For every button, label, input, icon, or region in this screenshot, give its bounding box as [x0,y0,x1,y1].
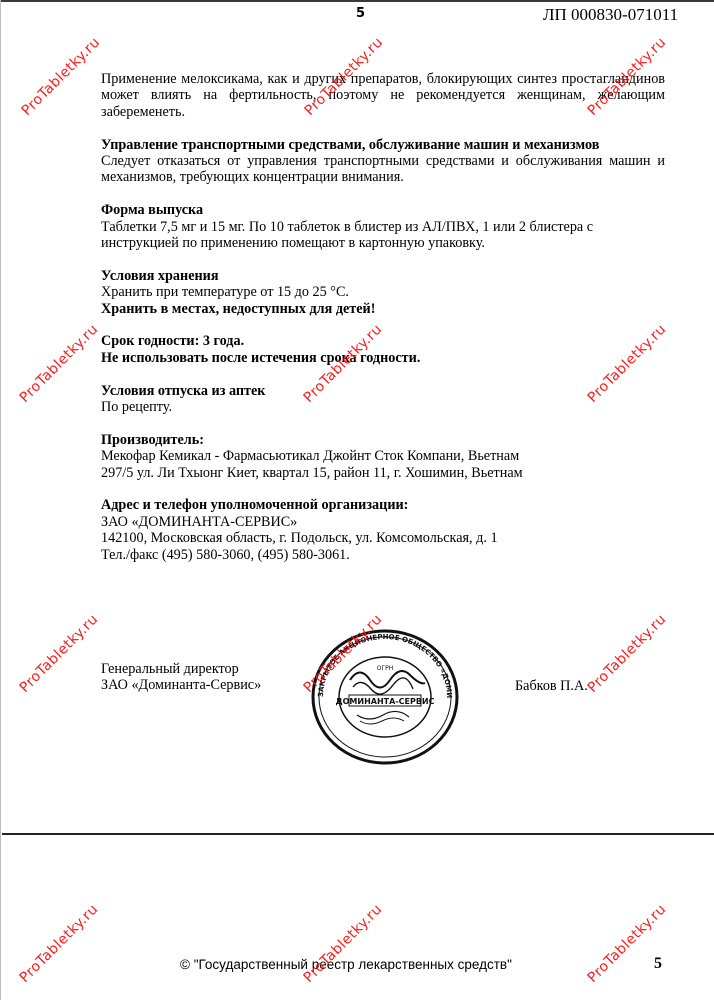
section-warning: Не использовать после истечения срока го… [101,350,665,366]
section-heading: Производитель: [101,432,665,448]
signatory-position: Генеральный директор [101,661,261,677]
section-shelf-life: Срок годности: 3 года. Не использовать п… [101,333,665,366]
section-text-line: 142100, Московская область, г. Подольск,… [101,530,665,546]
watermark: ProTabletky.ru [17,611,102,696]
section-heading: Управление транспортными средствами, обс… [101,137,665,153]
section-storage: Условия хранения Хранить при температуре… [101,268,665,317]
seal-center-text: ДОМИНАНТА-СЕРВИС [336,697,435,706]
watermark: ProTabletky.ru [19,34,104,119]
section-text: Следует отказаться от управления транспо… [101,153,665,186]
section-authorized-org: Адрес и телефон уполномоченной организац… [101,497,665,563]
footer-page-number: 5 [654,955,662,973]
section-heading: Срок годности: 3 года. [101,333,665,349]
top-border [0,0,714,2]
section-heading: Условия хранения [101,268,665,284]
page-divider [2,833,714,835]
section-fertility: Применение мелоксикама, как и других пре… [101,71,665,120]
signatory-title: Генеральный директор ЗАО «Доминанта-Серв… [101,661,261,694]
footer-copyright: © "Государственный реестр лекарственных … [180,957,512,972]
watermark: ProTabletky.ru [17,901,102,986]
watermark: ProTabletky.ru [585,611,670,696]
signatory-company: ЗАО «Доминанта-Сервис» [101,677,261,693]
section-text-line: инструкцией по применению помещают в кар… [101,235,665,251]
section-text-line: 297/5 ул. Ли Тхыонг Киет, квартал 15, ра… [101,465,665,481]
section-text-line: По рецепту. [101,399,665,415]
section-manufacturer: Производитель: Мекофар Кемикал - Фармась… [101,432,665,481]
registration-number: ЛП 000830-071011 [543,5,678,25]
section-dispensing: Условия отпуска из аптек По рецепту. [101,383,665,416]
signatory-name: Бабков П.А. [515,678,588,695]
section-text-line: Хранить при температуре от 15 до 25 °С. [101,284,665,300]
section-text-line: Тел./факс (495) 580-3060, (495) 580-3061… [101,547,665,563]
section-heading: Условия отпуска из аптек [101,383,665,399]
watermark: ProTabletky.ru [17,321,102,406]
section-heading: Адрес и телефон уполномоченной организац… [101,497,665,513]
section-driving: Управление транспортными средствами, обс… [101,137,665,186]
section-text-line: Таблетки 7,5 мг и 15 мг. По 10 таблеток … [101,219,665,235]
header-page-number: 5 [356,6,365,21]
section-text: Применение мелоксикама, как и других пре… [101,71,665,120]
section-release-form: Форма выпуска Таблетки 7,5 мг и 15 мг. П… [101,202,665,251]
left-border [0,0,1,1000]
watermark: ProTabletky.ru [585,901,670,986]
section-text-line: Мекофар Кемикал - Фармасьютикал Джойнт С… [101,448,665,464]
seal-ogrn-text: ОГРН [377,665,394,672]
section-text-line: ЗАО «ДОМИНАНТА-СЕРВИС» [101,514,665,530]
document-body: Применение мелоксикама, как и других пре… [101,71,665,579]
watermark: ProTabletky.ru [301,901,386,986]
section-heading: Форма выпуска [101,202,665,218]
section-warning: Хранить в местах, недоступных для детей! [101,301,665,317]
company-seal-stamp: ЗАКРЫТОЕ АКЦИОНЕРНОЕ ОБЩЕСТВО «ДОМИНАНТА… [305,625,465,765]
